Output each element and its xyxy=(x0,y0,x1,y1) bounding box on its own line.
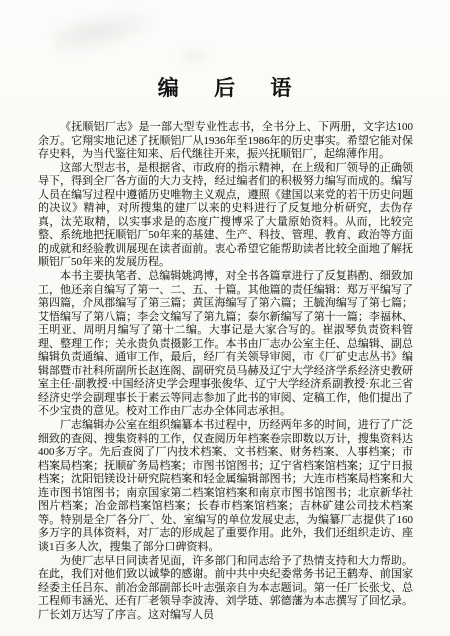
paragraph-acknowledgements: 为使厂志早日同读者见面，许多部门和同志给予了热情支持和大力帮助。在此，我们对他们… xyxy=(38,555,413,623)
scan-artifact xyxy=(49,0,165,61)
page-title: 编 后 语 xyxy=(0,72,450,102)
scan-artifact xyxy=(175,48,215,64)
paragraph-intro: 《抚顺铝厂志》是一部大型专业性志书，全书分上、下两册，文字达100余万。它翔实地… xyxy=(38,121,413,162)
paragraph-compilation-process: 这部大型志书，是根据省、市政府的指示精神，在上级和厂领导的正确领导下，得到全厂各… xyxy=(38,162,413,270)
paragraph-archives-sources: 厂志编辑办公室在组织编纂本书过程中，历经两年多的时间，进行了广泛细致的查阅、搜集… xyxy=(38,419,413,554)
document-body: 《抚顺铝厂志》是一部大型专业性志书，全书分上、下两册，文字达100余万。它翔实地… xyxy=(38,121,413,622)
paragraph-editors-credits: 本书主要执笔者、总编辑姚鸿博，对全书各篇章进行了反复斟酌、细致加工，他还亲自编写… xyxy=(38,270,413,419)
scanned-page: 编 后 语 《抚顺铝厂志》是一部大型专业性志书，全书分上、下两册，文字达100余… xyxy=(0,0,450,636)
